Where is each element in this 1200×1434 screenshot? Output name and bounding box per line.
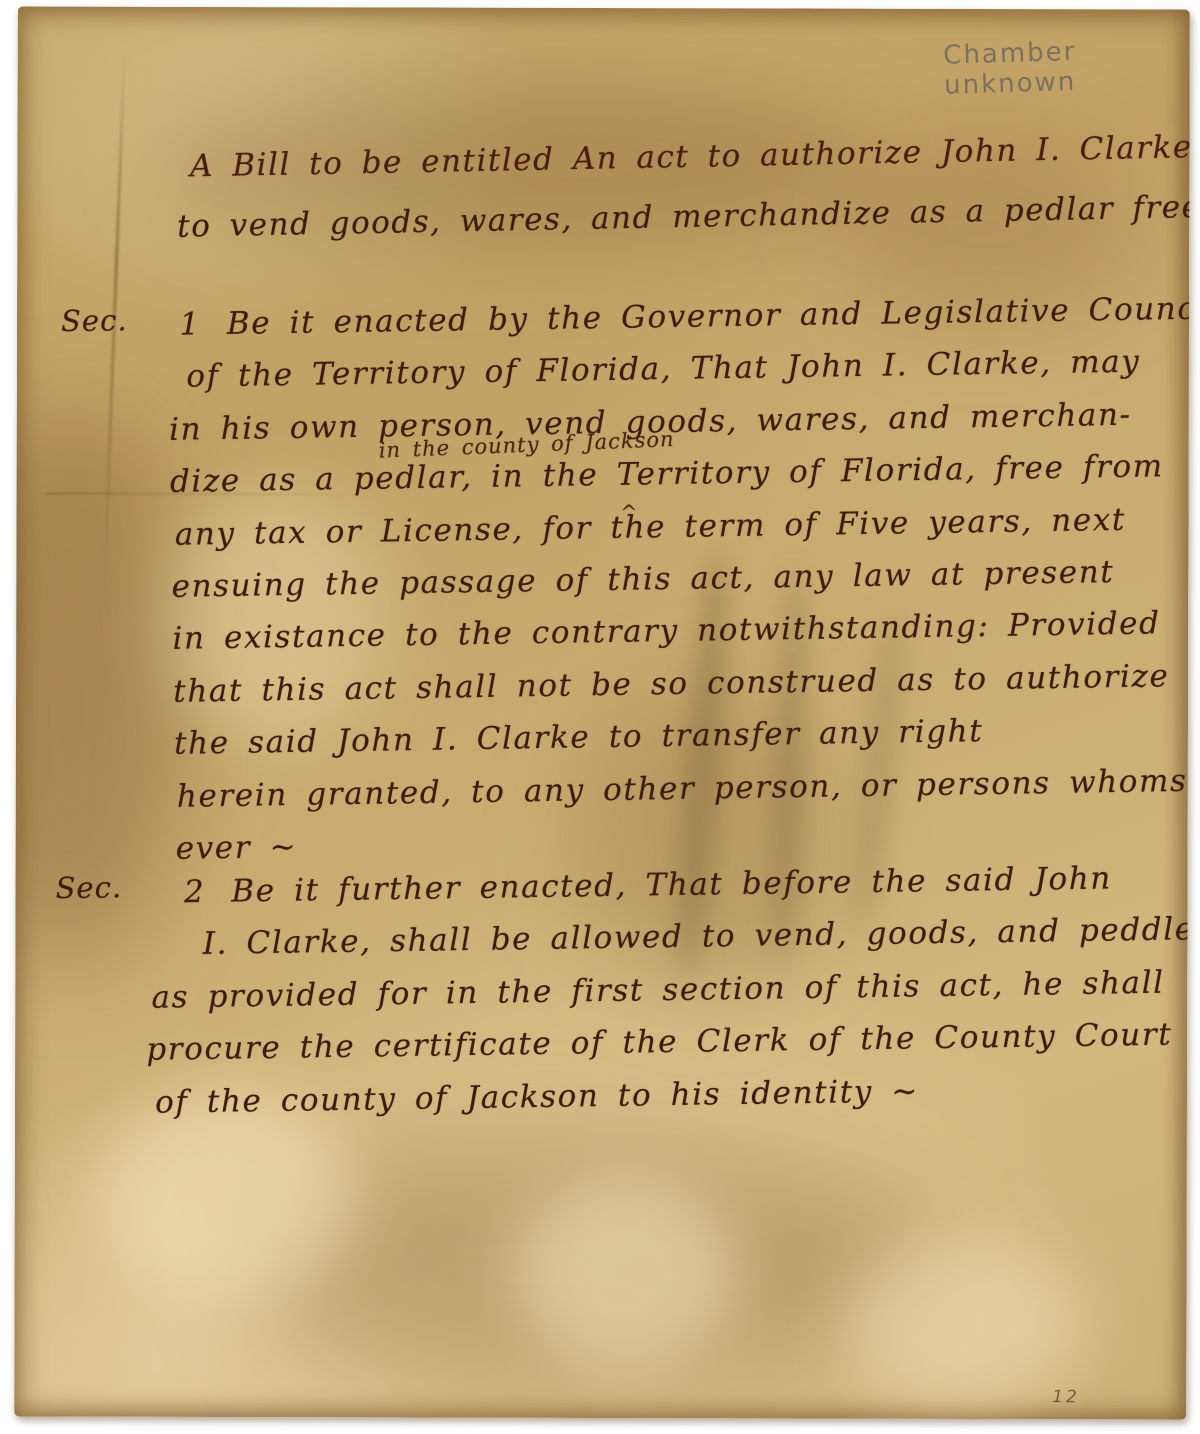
handwriting-layer: Chamber unknown A Bill to be entitled An… (14, 6, 1190, 1419)
insertion-caret-mark: ^ (620, 500, 637, 524)
manuscript-paper-sheet: Chamber unknown A Bill to be entitled An… (14, 6, 1190, 1419)
section-1-number: 1 (179, 298, 201, 351)
chamber-annotation: Chamber unknown (943, 34, 1190, 101)
section-1-body: 1Be it enacted by the Governor and Legis… (167, 282, 1190, 875)
section-2-label: Sec. (55, 870, 122, 905)
bill-title: A Bill to be entitled An act to authoriz… (168, 117, 1190, 257)
section-1-label: Sec. (61, 303, 128, 338)
section-2-number: 2 (184, 866, 206, 919)
section-2-body: 2Be it further enacted, That before the … (144, 851, 1190, 1129)
page-number-annotation: 12 (1052, 1387, 1080, 1407)
